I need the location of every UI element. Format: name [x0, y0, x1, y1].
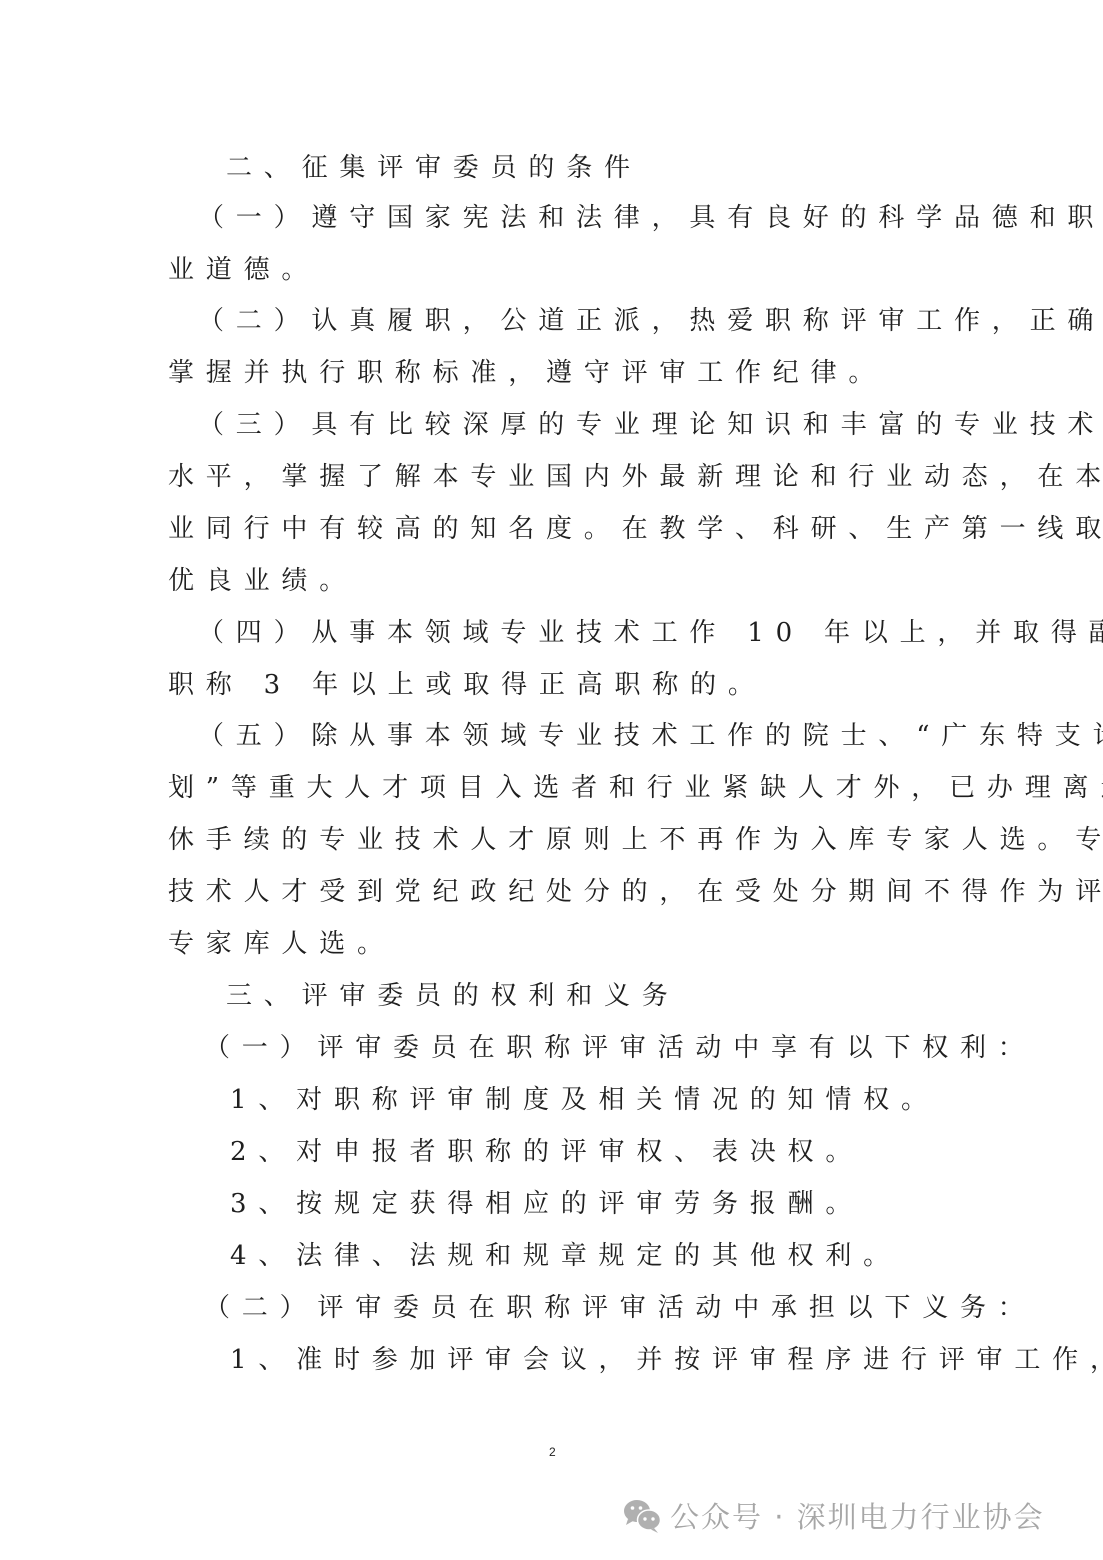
- wechat-account-watermark: 公众号 · 深圳电力行业协会: [622, 1495, 1045, 1536]
- text-line: 业道德。: [168, 252, 319, 288]
- document-page: 二、征集评审委员的条件（一）遵守国家宪法和法律，具有良好的科学品德和职业道德。（…: [0, 0, 1103, 1560]
- text-line: 职称 3 年以上或取得正高职称的。: [168, 667, 766, 703]
- text-line: （一）评审委员在职称评审活动中享有以下权利：: [204, 1030, 1036, 1066]
- text-line: （一）遵守国家宪法和法律，具有良好的科学品德和职: [198, 200, 1103, 236]
- text-line: 优良业绩。: [168, 563, 357, 599]
- page-number: 2: [549, 1445, 556, 1459]
- text-line: 业同行中有较高的知名度。在教学、科研、生产第一线取得: [168, 511, 1103, 547]
- text-line: 1、准时参加评审会议，并按评审程序进行评审工作，: [230, 1342, 1103, 1378]
- watermark-label: 公众号 · 深圳电力行业协会: [670, 1495, 1045, 1536]
- text-line: （二）评审委员在职称评审活动中承担以下义务：: [204, 1290, 1036, 1326]
- text-line: 专家库人选。: [168, 926, 395, 962]
- text-line: 三、评审委员的权利和义务: [226, 978, 680, 1014]
- text-line: 休手续的专业技术人才原则上不再作为入库专家人选。专业: [168, 822, 1103, 858]
- wechat-icon: [622, 1498, 662, 1534]
- text-line: 水平，掌握了解本专业国内外最新理论和行业动态，在本专: [168, 459, 1103, 495]
- text-line: 1、对职称评审制度及相关情况的知情权。: [230, 1082, 939, 1118]
- text-line: 3、按规定获得相应的评审劳务报酬。: [230, 1186, 863, 1222]
- text-line: 划”等重大人才项目入选者和行业紧缺人才外，已办理离退: [168, 770, 1103, 806]
- text-line: 4、法律、法规和规章规定的其他权利。: [230, 1238, 901, 1274]
- text-line: 技术人才受到党纪政纪处分的，在受处分期间不得作为评审: [168, 874, 1103, 910]
- text-line: （五）除从事本领域专业技术工作的院士、“广东特支计: [198, 718, 1103, 754]
- text-line: （二）认真履职，公道正派，热爱职称评审工作，正确: [198, 303, 1103, 339]
- text-line: （三）具有比较深厚的专业理论知识和丰富的专业技术: [198, 407, 1103, 443]
- text-line: 掌握并执行职称标准，遵守评审工作纪律。: [168, 355, 886, 391]
- text-line: 2、对申报者职称的评审权、表决权。: [230, 1134, 863, 1170]
- text-line: （四）从事本领域专业技术工作 10 年以上，并取得副高: [198, 615, 1103, 651]
- text-line: 二、征集评审委员的条件: [226, 150, 642, 186]
